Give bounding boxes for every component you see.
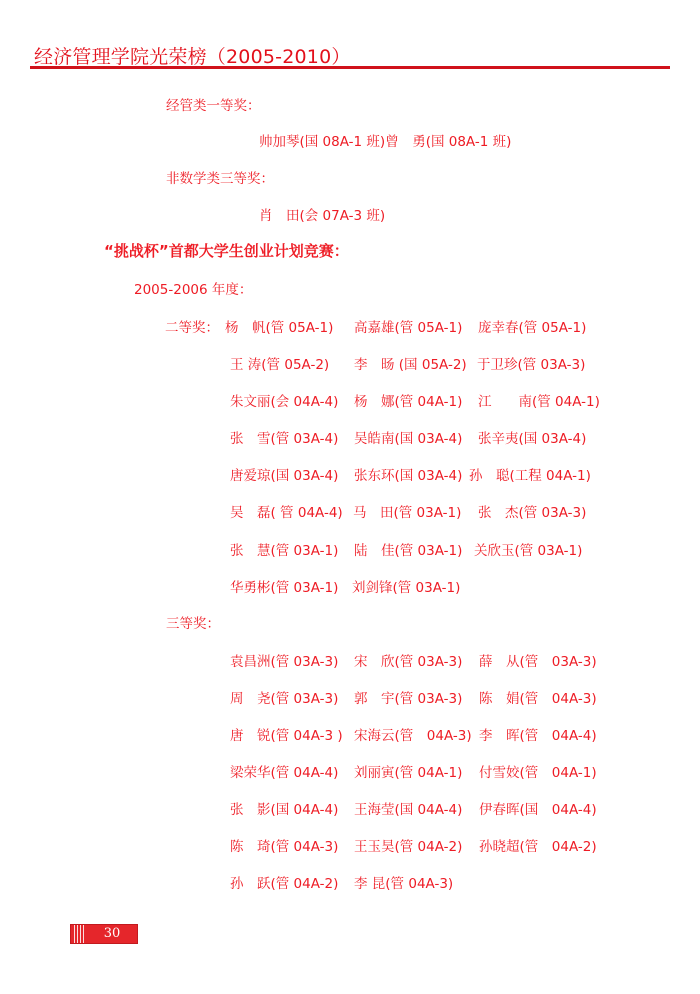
list-item: 高嘉雄(管 05A-1) <box>354 316 462 336</box>
list-item: 李 昆(管 04A-3) <box>354 872 453 892</box>
list-item: 唐 锐(管 04A-3 ) <box>230 724 343 744</box>
first-prize-names: 帅加琴(国 08A-1 班)曾 勇(国 08A-1 班) <box>259 130 511 150</box>
list-item: 王玉昊(管 04A-2) <box>354 835 462 855</box>
list-item: 唐爱琼(国 03A-4) <box>230 464 338 484</box>
list-item: 江 南(管 04A-1) <box>478 390 600 410</box>
list-item: 宋海云(管 04A-3) <box>354 724 472 744</box>
first-prize-label: 经管类一等奖： <box>166 94 261 114</box>
third-prize-names: 肖 田(会 07A-3 班) <box>259 204 385 224</box>
list-item: 张 雪(管 03A-4) <box>230 427 338 447</box>
list-item: 张 影(国 04A-4) <box>230 798 338 818</box>
list-item: 刘丽寅(管 04A-1) <box>354 761 462 781</box>
list-item: 吴皓南(国 03A-4) <box>354 427 462 447</box>
section-title-challenge-cup: “挑战杯”首都大学生创业计划竞赛： <box>104 240 349 261</box>
list-item: 张辛夷(国 03A-4) <box>478 427 586 447</box>
list-item: 孙晓超(管 04A-2) <box>479 835 597 855</box>
list-item: 关欣玉(管 03A-1) <box>474 539 582 559</box>
list-item: 宋 欣(管 03A-3) <box>354 650 462 670</box>
third-prize-section-label: 三等奖： <box>166 612 220 632</box>
list-item: 杨 帆(管 05A-1) <box>225 316 333 336</box>
year-label: 2005-2006 年度： <box>134 278 252 298</box>
list-item: 王海莹(国 04A-4) <box>354 798 462 818</box>
page-header-title: 经济管理学院光荣榜（2005-2010） <box>34 42 351 69</box>
list-item: 吴 磊( 管 04A-4) <box>230 501 343 521</box>
list-item: 陈 娟(管 04A-3) <box>479 687 597 707</box>
list-item: 梁荣华(管 04A-4) <box>230 761 338 781</box>
list-item: 付雪姣(管 04A-1) <box>479 761 597 781</box>
list-item: 张 杰(管 03A-3) <box>478 501 586 521</box>
list-item: 孙 聪(工程 04A-1) <box>469 464 591 484</box>
page-number-badge: 30 <box>70 924 138 944</box>
list-item: 张东环(国 03A-4) <box>354 464 462 484</box>
list-item: 张 慧(管 03A-1) <box>230 539 338 559</box>
list-item: 陆 佳(管 03A-1) <box>354 539 462 559</box>
list-item: 庞幸春(管 05A-1) <box>478 316 586 336</box>
list-item: 华勇彬(管 03A-1) <box>230 576 338 596</box>
page-number: 30 <box>87 925 137 943</box>
badge-stripes-decoration <box>74 925 84 943</box>
second-prize-label: 二等奖： <box>165 316 219 336</box>
list-item: 于卫珍(管 03A-3) <box>477 353 585 373</box>
list-item: 孙 跃(管 04A-2) <box>230 872 338 892</box>
list-item: 李 旸 (国 05A-2) <box>354 353 467 373</box>
list-item: 袁昌洲(管 03A-3) <box>230 650 338 670</box>
list-item: 马 田(管 03A-1) <box>353 501 461 521</box>
list-item: 杨 娜(管 04A-1) <box>354 390 462 410</box>
list-item: 李 晖(管 04A-4) <box>479 724 597 744</box>
list-item: 刘剑锋(管 03A-1) <box>352 576 460 596</box>
list-item: 伊春晖(国 04A-4) <box>479 798 597 818</box>
list-item: 王 涛(管 05A-2) <box>230 353 329 373</box>
list-item: 陈 琦(管 04A-3) <box>230 835 338 855</box>
list-item: 郭 宇(管 03A-3) <box>354 687 462 707</box>
list-item: 周 尧(管 03A-3) <box>230 687 338 707</box>
list-item: 朱文丽(会 04A-4) <box>230 390 338 410</box>
third-prize-label: 非数学类三等奖： <box>166 167 274 187</box>
header-divider <box>30 66 670 69</box>
list-item: 薛 从(管 03A-3) <box>479 650 597 670</box>
